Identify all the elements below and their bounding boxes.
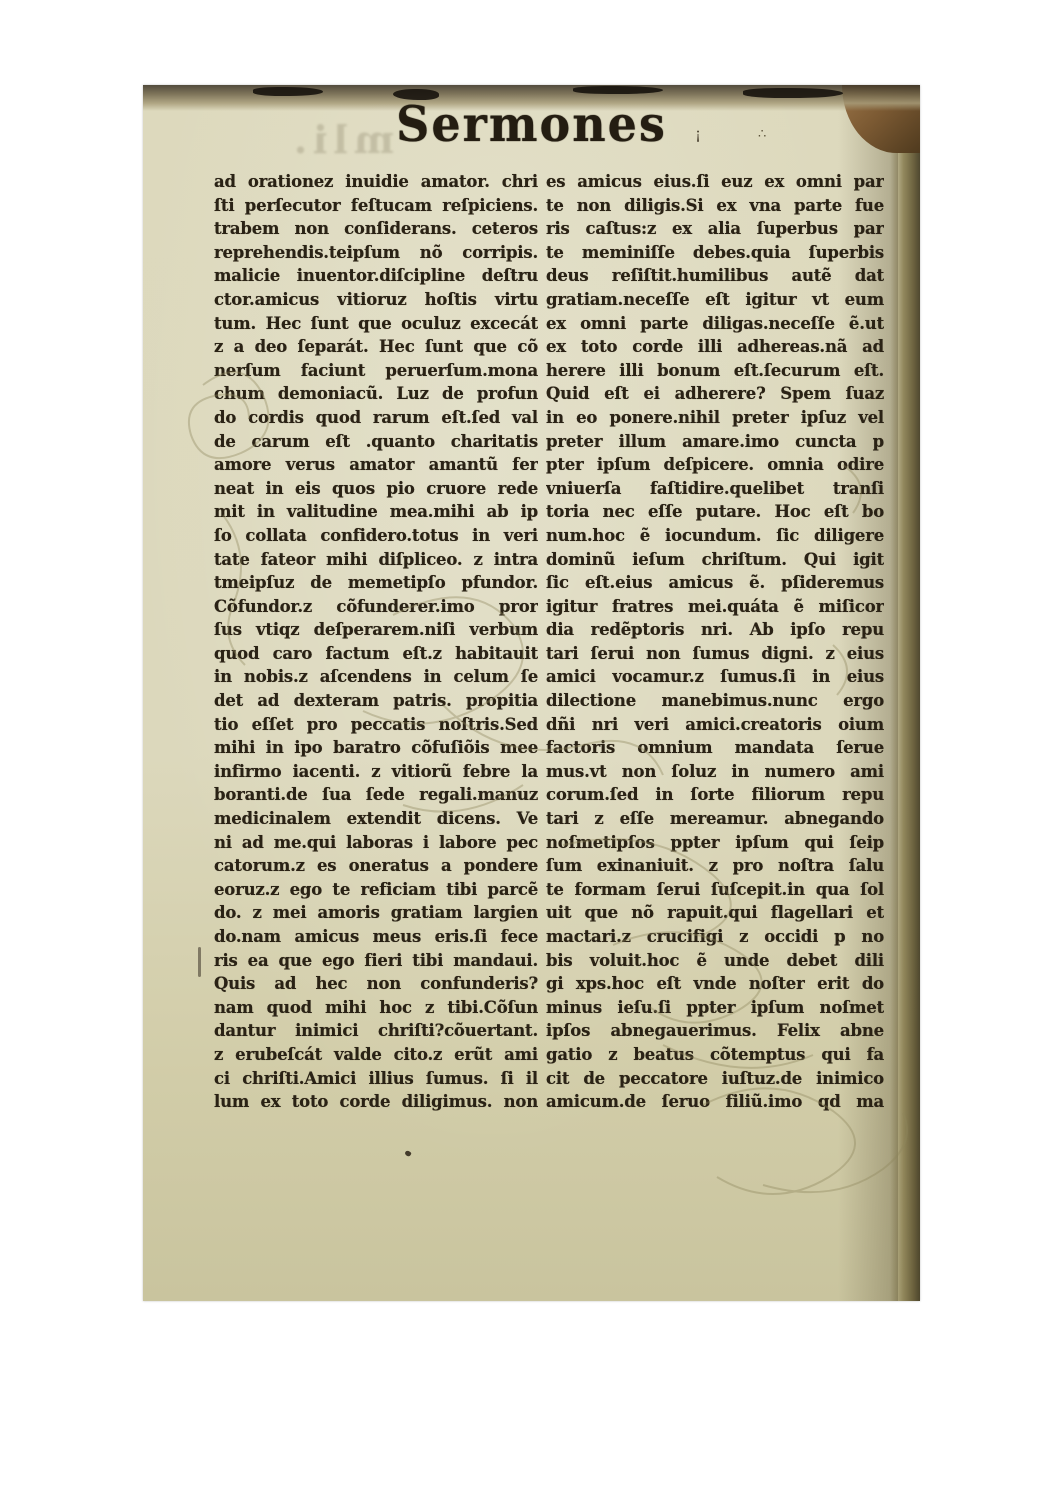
- text-line: ex toto corde illi adhereas.nã ad: [546, 335, 884, 359]
- text-line: amici vocamur.z ſumus.ſi in eius: [546, 665, 884, 689]
- text-line: ni ad me.qui laboras i labore pec: [214, 831, 538, 855]
- text-line: dia redẽptoris nri. Ab ipſo repu: [546, 618, 884, 642]
- text-line: gatio z beatus cõtemptus qui fa: [546, 1043, 884, 1067]
- text-line: igitur fratres mei.quáta ẽ miſicor: [546, 595, 884, 619]
- page-title: Sermones: [396, 96, 667, 153]
- text-line: z erubeſcát valde cito.z erũt ami: [214, 1043, 538, 1067]
- text-line: z a deo ſeparát. Hec ſunt que cõ: [214, 335, 538, 359]
- text-line: ad orationez inuidie amator. chri: [214, 170, 538, 194]
- text-line: tari z eſſe mereamur. abnegando: [546, 807, 884, 831]
- ink-speck: [404, 1150, 412, 1158]
- text-line: minus ieſu.ſi ppter ipſum noſmet: [546, 996, 884, 1020]
- text-line: mihi in ipo baratro cõfuſiõis mee: [214, 736, 538, 760]
- text-line: num.hoc ẽ iocundum. ſic diligere: [546, 524, 884, 548]
- text-line: mit in valitudine mea.mihi ab ip: [214, 500, 538, 524]
- text-column-right: es amicus eius.ſi euz ex omni parte non …: [546, 170, 884, 1114]
- text-line: eoruz.z ego te reficiam tibi parcẽ: [214, 878, 538, 902]
- text-line: chum demoniacũ. Luz de profun: [214, 382, 538, 406]
- scan-canvas: mli. Sermones ¡ ∴ ad orationez inuidie a…: [0, 0, 1060, 1500]
- text-line: mactari.z crucifigi z occidi p no: [546, 925, 884, 949]
- text-line: lum ex toto corde diligimus. non: [214, 1090, 538, 1114]
- text-line: tate fateor mihi diſpliceo. z intra: [214, 548, 538, 572]
- text-line: bis voluit.hoc ẽ unde debet dili: [546, 949, 884, 973]
- text-line: mus.vt non ſoluz in numero ami: [546, 760, 884, 784]
- text-line: ſus vtiqz deſperarem.niſi verbum: [214, 618, 538, 642]
- text-line: in nobis.z aſcendens in celum ſe: [214, 665, 538, 689]
- text-line: do cordis quod rarum eſt.ſed val: [214, 406, 538, 430]
- text-line: preter illum amare.imo cuncta p: [546, 430, 884, 454]
- text-line: dñi nri veri amici.creatoris oium: [546, 713, 884, 737]
- text-line: pter ipſum deſpicere. omnia odire: [546, 453, 884, 477]
- text-line: deus reſiſtit.humilibus autẽ dat: [546, 264, 884, 288]
- margin-mark: [198, 947, 201, 977]
- text-line: quod caro factum eſt.z habitauit: [214, 642, 538, 666]
- text-line: ris caſtus:z ex alia ſuperbus par: [546, 217, 884, 241]
- text-line: dantur inimici chriſti?cõuertant.: [214, 1019, 538, 1043]
- text-line: infirmo iacenti. z vitiorũ febre la: [214, 760, 538, 784]
- text-line: tio eſſet pro peccatis noſtris.Sed: [214, 713, 538, 737]
- text-line: de carum eſt .quanto charitatis: [214, 430, 538, 454]
- text-line: Quid eſt ei adherere? Spem ſuaz: [546, 382, 884, 406]
- text-line: ſic eſt.eius amicus ẽ. pſideremus: [546, 571, 884, 595]
- text-line: det ad dexteram patris. propitia: [214, 689, 538, 713]
- text-line: factoris omnium mandata ſerue: [546, 736, 884, 760]
- text-line: gi xps.hoc eſt vnde noſter erit do: [546, 972, 884, 996]
- page-header: mli. Sermones ¡ ∴: [143, 97, 920, 151]
- text-line: dominũ ieſum chriſtum. Qui igit: [546, 548, 884, 572]
- header-mark: ∴: [758, 127, 766, 142]
- text-line: cit de peccatore iuſtuz.de inimico: [546, 1067, 884, 1091]
- text-line: ctor.amicus vitioruz hoſtis virtu: [214, 288, 538, 312]
- text-line: Cõfundor.z cõfunderer.imo pror: [214, 595, 538, 619]
- text-line: do.nam amicus meus eris.ſi fece: [214, 925, 538, 949]
- text-line: herere illi bonum eſt.ſecurum eſt.: [546, 359, 884, 383]
- text-line: noſmetipſos ppter ipſum qui ſeip: [546, 831, 884, 855]
- text-line: boranti.de ſua ſede regali.manuz: [214, 783, 538, 807]
- text-column-left: ad orationez inuidie amator. chriſti per…: [214, 170, 538, 1114]
- text-line: dilectione manebimus.nunc ergo: [546, 689, 884, 713]
- text-line: te non diligis.Si ex vna parte fue: [546, 194, 884, 218]
- text-line: neat in eis quos pio cruore rede: [214, 477, 538, 501]
- text-line: ſum exinaniuit. z pro noſtra ſalu: [546, 854, 884, 878]
- text-line: ex omni parte diligas.neceſſe ẽ.ut: [546, 312, 884, 336]
- text-line: ris ea que ego fieri tibi mandaui.: [214, 949, 538, 973]
- book-page-photo: mli. Sermones ¡ ∴ ad orationez inuidie a…: [143, 85, 920, 1301]
- text-line: catorum.z es oneratus a pondere: [214, 854, 538, 878]
- text-line: reprehendis.teipſum nõ corripis.: [214, 241, 538, 265]
- text-line: corum.ſed in ſorte filiorum repu: [546, 783, 884, 807]
- text-line: es amicus eius.ſi euz ex omni par: [546, 170, 884, 194]
- text-line: tum. Hec ſunt que oculuz excecát: [214, 312, 538, 336]
- ink-smudge: [253, 87, 323, 96]
- ink-smudge: [573, 86, 663, 94]
- text-line: amore verus amator amantũ fer: [214, 453, 538, 477]
- text-line: vniuerſa faſtidire.quelibet tranſi: [546, 477, 884, 501]
- text-line: te meminiſſe debes.quia ſuperbis: [546, 241, 884, 265]
- text-line: ci chriſti.Amici illius ſumus. ſi il: [214, 1067, 538, 1091]
- text-line: malicie inuentor.diſcipline deſtru: [214, 264, 538, 288]
- text-line: tmeipſuz de memetipſo pfundor.: [214, 571, 538, 595]
- text-line: nam quod mihi hoc z tibi.Cõſun: [214, 996, 538, 1020]
- text-line: ſo collata confidero.totus in veri: [214, 524, 538, 548]
- text-line: medicinalem extendit dicens. Ve: [214, 807, 538, 831]
- text-line: uit que nõ rapuit.qui flagellari et: [546, 901, 884, 925]
- text-line: ipſos abnegauerimus. Felix abne: [546, 1019, 884, 1043]
- text-line: toria nec eſſe putare. Hoc eſt bo: [546, 500, 884, 524]
- text-line: do. z mei amoris gratiam largien: [214, 901, 538, 925]
- text-line: tari ſerui non ſumus digni. z eius: [546, 642, 884, 666]
- text-line: gratiam.neceſſe eſt igitur vt eum: [546, 288, 884, 312]
- text-line: in eo ponere.nihil preter ipſuz vel: [546, 406, 884, 430]
- text-line: Quis ad hec non confunderis?: [214, 972, 538, 996]
- text-line: trabem non conſiderans. ceteros: [214, 217, 538, 241]
- text-line: amicum.de ſeruo filiũ.imo qd ma: [546, 1090, 884, 1114]
- text-line: te formam ſerui ſuſcepit.in qua ſol: [546, 878, 884, 902]
- text-line: nerſum faciunt peruerſum.mona: [214, 359, 538, 383]
- text-line: ſti perſecutor feſtucam reſpiciens.: [214, 194, 538, 218]
- header-mark: ¡: [695, 125, 701, 143]
